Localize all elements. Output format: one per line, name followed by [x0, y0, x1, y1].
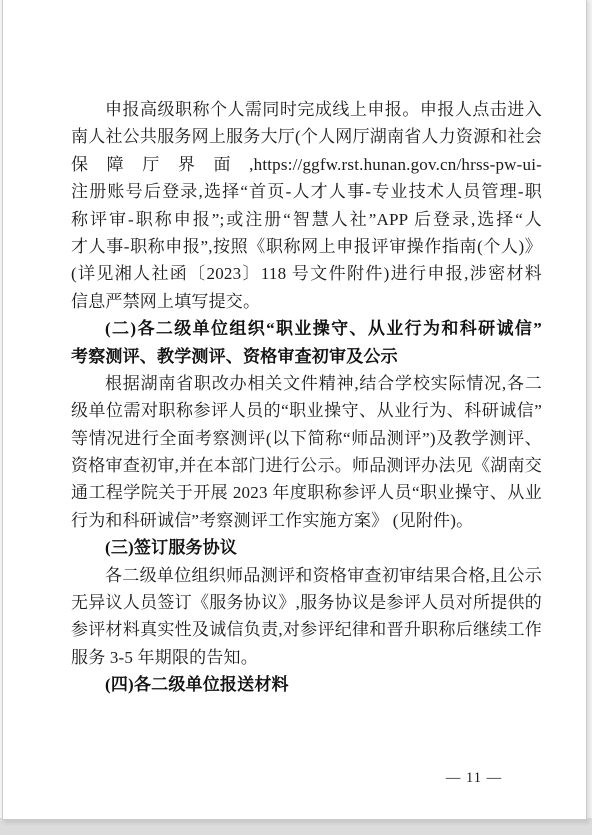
- section-4-heading: (四)各二级单位报送材料: [71, 671, 542, 698]
- online-application-paragraph: 申报高级职称个人需同时完成线上申报。申报人点击进入湖南人社公共服务网上服务大厅(…: [71, 96, 542, 315]
- text-line: 通工程学院关于开展 2023 年度职称参评人员“职业操守、从业: [71, 479, 542, 506]
- text-line: 级单位需对职称参评人员的“职业操守、从业行为、科研诚信”: [71, 397, 542, 424]
- text-line: 申报高级职称个人需同时完成线上申报。申报人点击进入湖: [71, 96, 542, 123]
- text-line: 根据湖南省职改办相关文件精神,结合学校实际情况,各二: [71, 370, 542, 397]
- service-agreement-paragraph: 各二级单位组织师品测评和资格审查初审结果合格,且公示无异议人员签订《服务协议》,…: [71, 562, 542, 672]
- text-line: 等情况进行全面考察测评(以下简称“师品测评”)及教学测评、: [71, 425, 542, 452]
- text-line: (二)各二级单位组织“职业操守、从业行为和科研诚信”: [71, 315, 542, 342]
- text-line: 注册账号后登录,选择“首页-人才人事-专业技术人员管理-职: [71, 178, 542, 205]
- section-2-heading: (二)各二级单位组织“职业操守、从业行为和科研诚信”考察测评、教学测评、资格审查…: [71, 315, 542, 370]
- text-line: 才人事-职称申报”,按照《职称网上申报评审操作指南(个人)》: [71, 233, 542, 260]
- text-line: 考察测评、教学测评、资格审查初审及公示: [71, 343, 542, 370]
- text-line: 各二级单位组织师品测评和资格审查初审结果合格,且公示: [71, 562, 542, 589]
- text-line: (四)各二级单位报送材料: [71, 671, 542, 698]
- document-body: 申报高级职称个人需同时完成线上申报。申报人点击进入湖南人社公共服务网上服务大厅(…: [71, 96, 542, 699]
- text-line: 保障厅界面,https://ggfw.rst.hunan.gov.cn/hrss…: [71, 151, 542, 178]
- document-viewer: 申报高级职称个人需同时完成线上申报。申报人点击进入湖南人社公共服务网上服务大厅(…: [0, 0, 592, 835]
- text-line: 南人社公共服务网上服务大厅(个人网厅湖南省人力资源和社会: [71, 123, 542, 150]
- text-line: 无异议人员签订《服务协议》,服务协议是参评人员对所提供的: [71, 589, 542, 616]
- page-number: — 11 —: [439, 768, 509, 788]
- text-line: 服务 3-5 年期限的告知。: [71, 644, 542, 671]
- text-line: (三)签订服务协议: [71, 534, 542, 561]
- text-line: 信息严禁网上填写提交。: [71, 288, 542, 315]
- evaluation-paragraph: 根据湖南省职改办相关文件精神,结合学校实际情况,各二级单位需对职称参评人员的“职…: [71, 370, 542, 534]
- text-line: 参评材料真实性及诚信负责,对参评纪律和晋升职称后继续工作: [71, 616, 542, 643]
- text-line: (详见湘人社函〔2023〕118 号文件附件)进行申报,涉密材料: [71, 260, 542, 287]
- section-3-heading: (三)签订服务协议: [71, 534, 542, 561]
- text-line: 资格审查初审,并在本部门进行公示。师品测评办法见《湖南交: [71, 452, 542, 479]
- text-line: 称评审-职称申报”;或注册“智慧人社”APP 后登录,选择“人: [71, 206, 542, 233]
- document-page: 申报高级职称个人需同时完成线上申报。申报人点击进入湖南人社公共服务网上服务大厅(…: [2, 0, 587, 820]
- text-line: 行为和科研诚信”考察测评工作实施方案》 (见附件)。: [71, 507, 542, 534]
